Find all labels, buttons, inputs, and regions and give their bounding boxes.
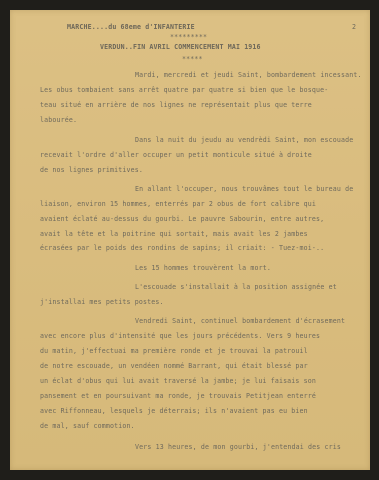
text-line: L'escouade s'installait à la position as… [135, 284, 337, 291]
text-line: Dans la nuit du jeudu au vendrèdi Saint,… [135, 137, 353, 144]
text-line: Vers 13 heures, de mon gourbi, j'entenda… [135, 444, 341, 451]
text-line: Les obus tombaient sans arrêt quatre par… [40, 87, 328, 94]
text-line: avaient éclaté au-dessus du gourbi. Le p… [40, 216, 324, 223]
text-line: Mardi, mercredi et jeudi Saint, bombarde… [135, 72, 362, 79]
text-line: liaison, environ 15 hommes, enterrés par… [40, 201, 316, 208]
separator-stars: ********* [170, 34, 207, 41]
typed-page: MARCHE....du 68eme d'INFANTERIE 2 ******… [10, 10, 370, 470]
text-line: En allant l'occuper, nous trouvâmes tout… [135, 186, 353, 193]
text-line: de mal, sauf commotion. [40, 423, 135, 430]
text-line: de nos lignes primitives. [40, 167, 143, 174]
text-line: du matin, j'effectuai ma première ronde … [40, 348, 308, 355]
document-subtitle: VERDUN..FIN AVRIL COMMENCEMENT MAI 1916 [100, 44, 261, 51]
text-line: recevait l'ordre d'aller occuper un peti… [40, 152, 312, 159]
text-line: Les 15 hommes trouvèrent la mort. [135, 265, 271, 272]
text-line: teau situé en arrière de nos lignes ne r… [40, 102, 312, 109]
document-title: MARCHE....du 68eme d'INFANTERIE [67, 24, 195, 31]
text-line: un éclat d'obus qui lui avait traversé l… [40, 378, 316, 385]
text-line: avait la tête et la poitrine qui sortait… [40, 231, 308, 238]
text-line: avec Riffonneau, lesquels je déterrais; … [40, 408, 308, 415]
text-line: pansement et en poursuivant ma ronde, je… [40, 393, 316, 400]
page-number: 2 [352, 24, 356, 31]
text-line: de notre escouade, un vendéen nommé Barr… [40, 363, 308, 370]
text-line: labourée. [40, 117, 77, 124]
separator-stars: ***** [182, 56, 203, 63]
text-line: j'installai mes petits postes. [40, 299, 164, 306]
text-line: avec encore plus d'intensité que les jou… [40, 333, 320, 340]
text-line: écrasées par le poids des rondins de sap… [40, 245, 324, 252]
text-line: Vendredi Saint, continuel bombardement d… [135, 318, 345, 325]
